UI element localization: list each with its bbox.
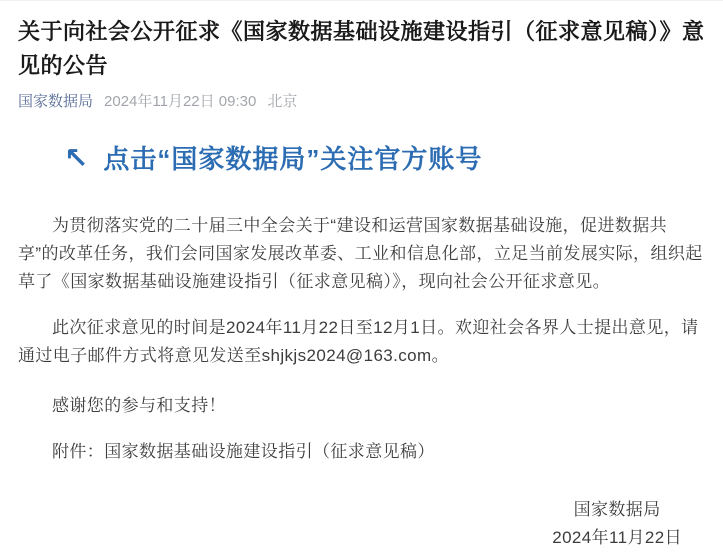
paragraph-thanks: 感谢您的参与和支持！ [18, 392, 705, 420]
signature-date: 2024年11月22日 [552, 524, 682, 552]
follow-banner-text: 点击“国家数据局”关注官方账号 [103, 141, 482, 177]
article-title: 关于向社会公开征求《国家数据基础设施建设指引（征求意见稿）》意见的公告 [18, 15, 705, 83]
follow-account-banner[interactable]: ↖ 点击“国家数据局”关注官方账号 [64, 141, 705, 177]
paragraph-attachment: 附件：国家数据基础设施建设指引（征求意见稿） [18, 438, 705, 466]
signature-name: 国家数据局 [552, 496, 682, 524]
publish-datetime: 2024年11月22日 09:30 [104, 91, 256, 112]
paragraph-solicitation-period: 此次征求意见的时间是2024年11月22日至12月1日。欢迎社会各界人士提出意见… [18, 314, 705, 370]
arrow-up-left-icon: ↖ [64, 141, 89, 177]
publish-location: 北京 [267, 91, 297, 112]
signature-block: 国家数据局 2024年11月22日 [552, 496, 682, 552]
account-link[interactable]: 国家数据局 [18, 91, 93, 112]
article-page: 关于向社会公开征求《国家数据基础设施建设指引（征求意见稿）》意见的公告 国家数据… [0, 0, 723, 553]
paragraph-background: 为贯彻落实党的二十届三中全会关于“建设和运营国家数据基础设施，促进数据共享”的改… [18, 212, 705, 296]
article-meta: 国家数据局 2024年11月22日 09:30 北京 [18, 91, 705, 112]
